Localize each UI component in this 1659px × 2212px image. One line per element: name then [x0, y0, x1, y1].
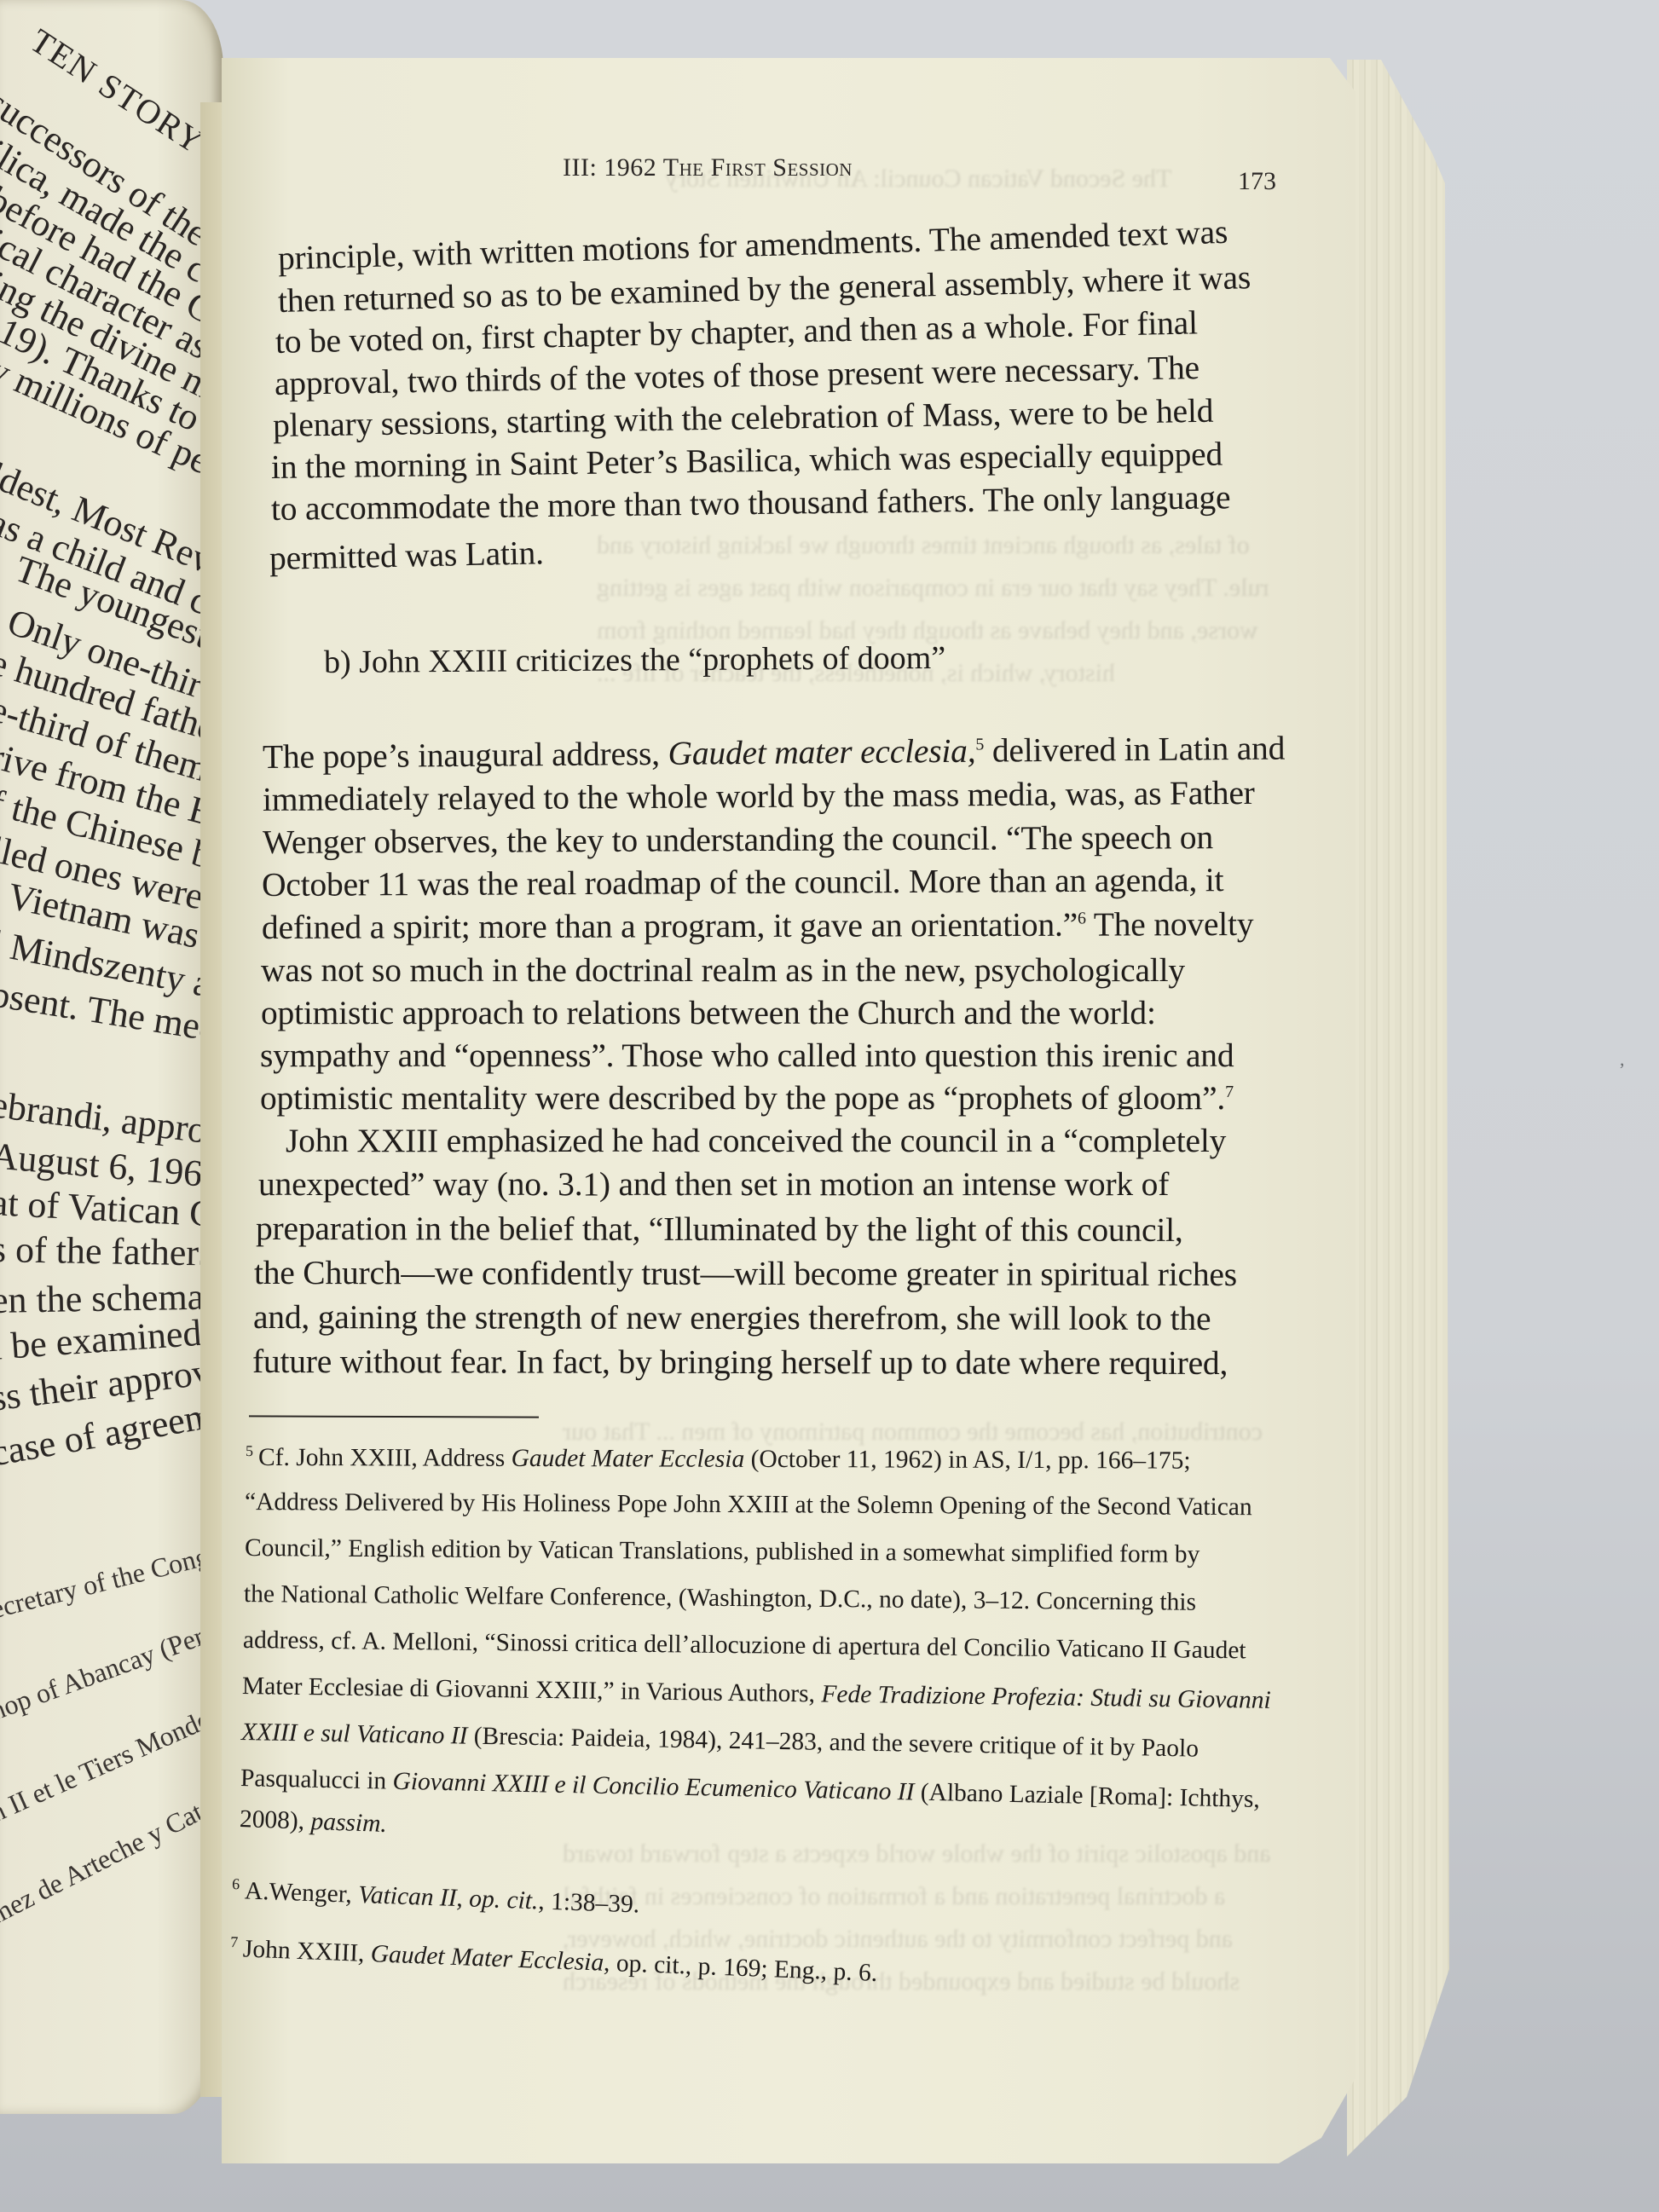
footnote-line: 2008), passim.	[239, 1805, 387, 1839]
text-run: (October 11, 1962) in AS, I/1, pp. 166–1…	[744, 1446, 1190, 1475]
body-line: defined a spirit; more than a program, i…	[262, 904, 1254, 947]
body-line: preparation in the belief that, “Illumin…	[256, 1209, 1183, 1250]
section-heading: b) John XXIII criticizes the “prophets o…	[324, 639, 945, 681]
left-text-line: s of the fathers, called	[0, 1227, 223, 1277]
page-edges	[1347, 60, 1458, 2157]
body-line: John XXIII emphasized he had conceived t…	[286, 1121, 1226, 1160]
text-run: ,	[456, 1885, 470, 1912]
body-line: October 11 was the real roadmap of the c…	[262, 860, 1224, 904]
footnote-number: 5	[246, 1442, 253, 1459]
page-number: 173	[1238, 167, 1276, 196]
footnote-number: 6	[232, 1875, 240, 1892]
text-run: John XXIII,	[242, 1935, 371, 1967]
footnote-line: “Address Delivered by His Holiness Pope …	[245, 1488, 1252, 1522]
text-run-italic: op. cit.	[469, 1886, 539, 1915]
left-footnote-line: ecretary of the Congregation	[0, 1519, 223, 1626]
show-through-text: and apostolic spirit of the whole world …	[563, 1839, 1271, 1868]
text-run: Pasqualucci in	[240, 1764, 393, 1795]
body-line: optimistic mentality were described by t…	[260, 1078, 1234, 1118]
footnote-ref-7[interactable]: 7	[1225, 1083, 1234, 1101]
body-line: was not so much in the doctrinal realm a…	[261, 950, 1185, 990]
background-speck: ,	[1620, 1048, 1625, 1071]
text-run-italic: XXIII e sul Vaticano II	[241, 1718, 468, 1750]
footnote-number: 7	[230, 1933, 239, 1950]
text-run: Cf. John XXIII, Address	[258, 1444, 512, 1472]
body-line: optimistic approach to relations between…	[261, 993, 1156, 1032]
show-through-text: of tales, as though ancient times throug…	[597, 531, 1250, 560]
footnote-ref-6[interactable]: 6	[1078, 909, 1086, 927]
text-run: The pope’s inaugural address,	[263, 735, 668, 776]
show-through-text: contribution, has become the common patr…	[563, 1418, 1263, 1447]
left-page: TEN STORY successors of the apostles ili…	[0, 0, 223, 2114]
text-run: A.Wenger,	[244, 1877, 358, 1909]
text-run: optimistic mentality were described by t…	[260, 1079, 1225, 1117]
text-run: delivered in Latin and	[984, 730, 1285, 770]
body-line: sympathy and “openness”. Those who calle…	[260, 1036, 1234, 1075]
footnote-5: 5Cf. John XXIII, Address Gaudet Mater Ec…	[246, 1442, 1191, 1476]
body-line: and, gaining the strength of new energie…	[253, 1297, 1211, 1338]
body-line: permitted was Latin.	[269, 533, 545, 578]
body-line: Wenger observes, the key to understandin…	[263, 817, 1213, 862]
footnote-ref-5[interactable]: 5	[975, 735, 984, 754]
running-head: III: 1962 The First Session	[563, 153, 853, 182]
text-run: The novelty	[1086, 905, 1254, 944]
text-run: defined a spirit; more than a program, i…	[262, 906, 1078, 946]
show-through-text: a doctrinal penetration and a formation …	[563, 1882, 1225, 1911]
body-line: future without fear. In fact, by bringin…	[252, 1342, 1228, 1383]
text-run-italic: Gaudet mater ecclesia,	[668, 732, 975, 772]
show-through-text: rule. They say that our era in compariso…	[597, 574, 1269, 603]
text-run-italic: Vatican II	[358, 1881, 458, 1912]
body-line: the Church—we confidently trust—will bec…	[254, 1253, 1237, 1294]
body-line: immediately relayed to the whole world b…	[263, 773, 1255, 819]
text-run: 2008),	[239, 1805, 311, 1835]
text-run: , 1:38–39.	[538, 1887, 640, 1918]
body-line: unexpected” way (no. 3.1) and then set i…	[258, 1164, 1169, 1204]
text-run-italic: passim.	[310, 1808, 387, 1838]
text-run-italic: Gaudet Mater Ecclesia	[512, 1445, 745, 1473]
text-run-italic: Fede Tradizione Profezia: Studi su Giova…	[821, 1680, 1271, 1713]
